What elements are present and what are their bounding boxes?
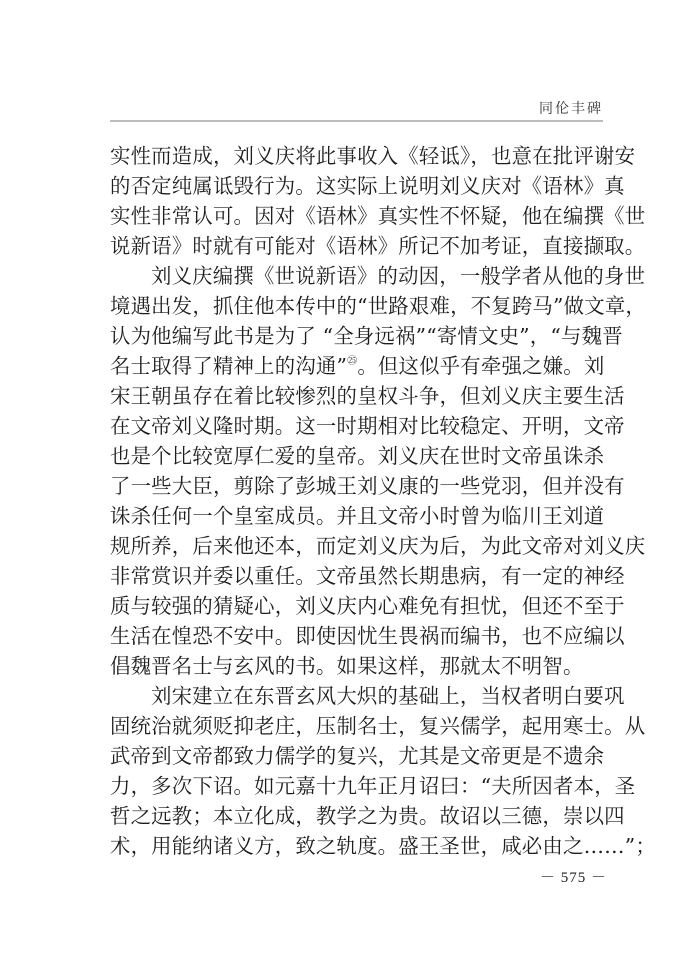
text-line: 固统治就须贬抑老庄，压制名士，复兴儒学，起用寒士。从 bbox=[110, 711, 603, 741]
text-segment: 名士取得了精神上的沟通” bbox=[110, 354, 347, 378]
text-line: 刘宋建立在东晋玄风大炽的基础上，当权者明白要巩 bbox=[110, 681, 603, 711]
text-line: 刘义庆编撰《世说新语》的动因，一般学者从他的身世 bbox=[110, 261, 603, 291]
text-line: 宋王朝虽存在着比较惨烈的皇权斗争，但刘义庆主要生活 bbox=[110, 381, 603, 411]
text-line: 哲之远教；本立化成，教学之为贵。故诏以三德，崇以四 bbox=[110, 801, 603, 831]
text-line: 也是个比较宽厚仁爱的皇帝。刘义庆在世时文帝虽诛杀 bbox=[110, 441, 603, 471]
footnote-marker[interactable]: ㉕ bbox=[347, 356, 357, 367]
text-line: 的否定纯属诋毁行为。这实际上说明刘义庆对《语林》真 bbox=[110, 171, 603, 201]
text-line: 实性非常认可。因对《语林》真实性不怀疑，他在编撰《世 bbox=[110, 201, 603, 231]
text-line: 武帝到文帝都致力儒学的复兴，尤其是文帝更是不遗余 bbox=[110, 741, 603, 771]
text-line: 在文帝刘义隆时期。这一时期相对比较稳定、开明，文帝 bbox=[110, 411, 603, 441]
paragraph-2: 刘义庆编撰《世说新语》的动因，一般学者从他的身世 境遇出发，抓住他本传中的“世路… bbox=[110, 261, 603, 681]
page-number: － 575 － bbox=[540, 866, 607, 887]
text-line: 术，用能纳诸义方，致之轨度。盛王圣世，咸必由之……”； bbox=[110, 831, 603, 861]
running-title: 同伦丰碑 bbox=[539, 98, 603, 118]
text-line: 认为他编写此书是为了 “全身远祸”“寄情文史”，“与魏晋 bbox=[110, 321, 603, 351]
text-line-with-footnote: 名士取得了精神上的沟通”㉕。但这似乎有牵强之嫌。刘 bbox=[110, 351, 603, 381]
text-line: 生活在惶恐不安中。即使因忧生畏祸而编书，也不应编以 bbox=[110, 621, 603, 651]
text-line: 力，多次下诏。如元嘉十九年正月诏曰：“夫所因者本，圣 bbox=[110, 771, 603, 801]
text-line: 非常赏识并委以重任。文帝虽然长期患病，有一定的神经 bbox=[110, 561, 603, 591]
header-divider bbox=[110, 120, 603, 122]
text-line: 境遇出发，抓住他本传中的“世路艰难，不复跨马”做文章， bbox=[110, 291, 603, 321]
running-header: 同伦丰碑 bbox=[110, 96, 603, 122]
body-text: 实性而造成，刘义庆将此事收入《轻诋》，也意在批评谢安 的否定纯属诋毁行为。这实际… bbox=[110, 141, 603, 861]
paragraph-1: 实性而造成，刘义庆将此事收入《轻诋》，也意在批评谢安 的否定纯属诋毁行为。这实际… bbox=[110, 141, 603, 261]
text-segment: 。但这似乎有牵强之嫌。刘 bbox=[357, 354, 604, 378]
paragraph-3: 刘宋建立在东晋玄风大炽的基础上，当权者明白要巩 固统治就须贬抑老庄，压制名士，复… bbox=[110, 681, 603, 861]
text-line: 说新语》时就有可能对《语林》所记不加考证，直接撷取。 bbox=[110, 231, 603, 261]
text-line: 了一些大臣，剪除了彭城王刘义康的一些党羽，但并没有 bbox=[110, 471, 603, 501]
text-line: 质与较强的猜疑心，刘义庆内心难免有担忧，但还不至于 bbox=[110, 591, 603, 621]
text-line: 倡魏晋名士与玄风的书。如果这样，那就太不明智。 bbox=[110, 651, 603, 681]
text-line: 诛杀任何一个皇室成员。并且文帝小时曾为临川王刘道 bbox=[110, 501, 603, 531]
text-line: 规所养，后来他还本，而定刘义庆为后，为此文帝对刘义庆 bbox=[110, 531, 603, 561]
text-line: 实性而造成，刘义庆将此事收入《轻诋》，也意在批评谢安 bbox=[110, 141, 603, 171]
